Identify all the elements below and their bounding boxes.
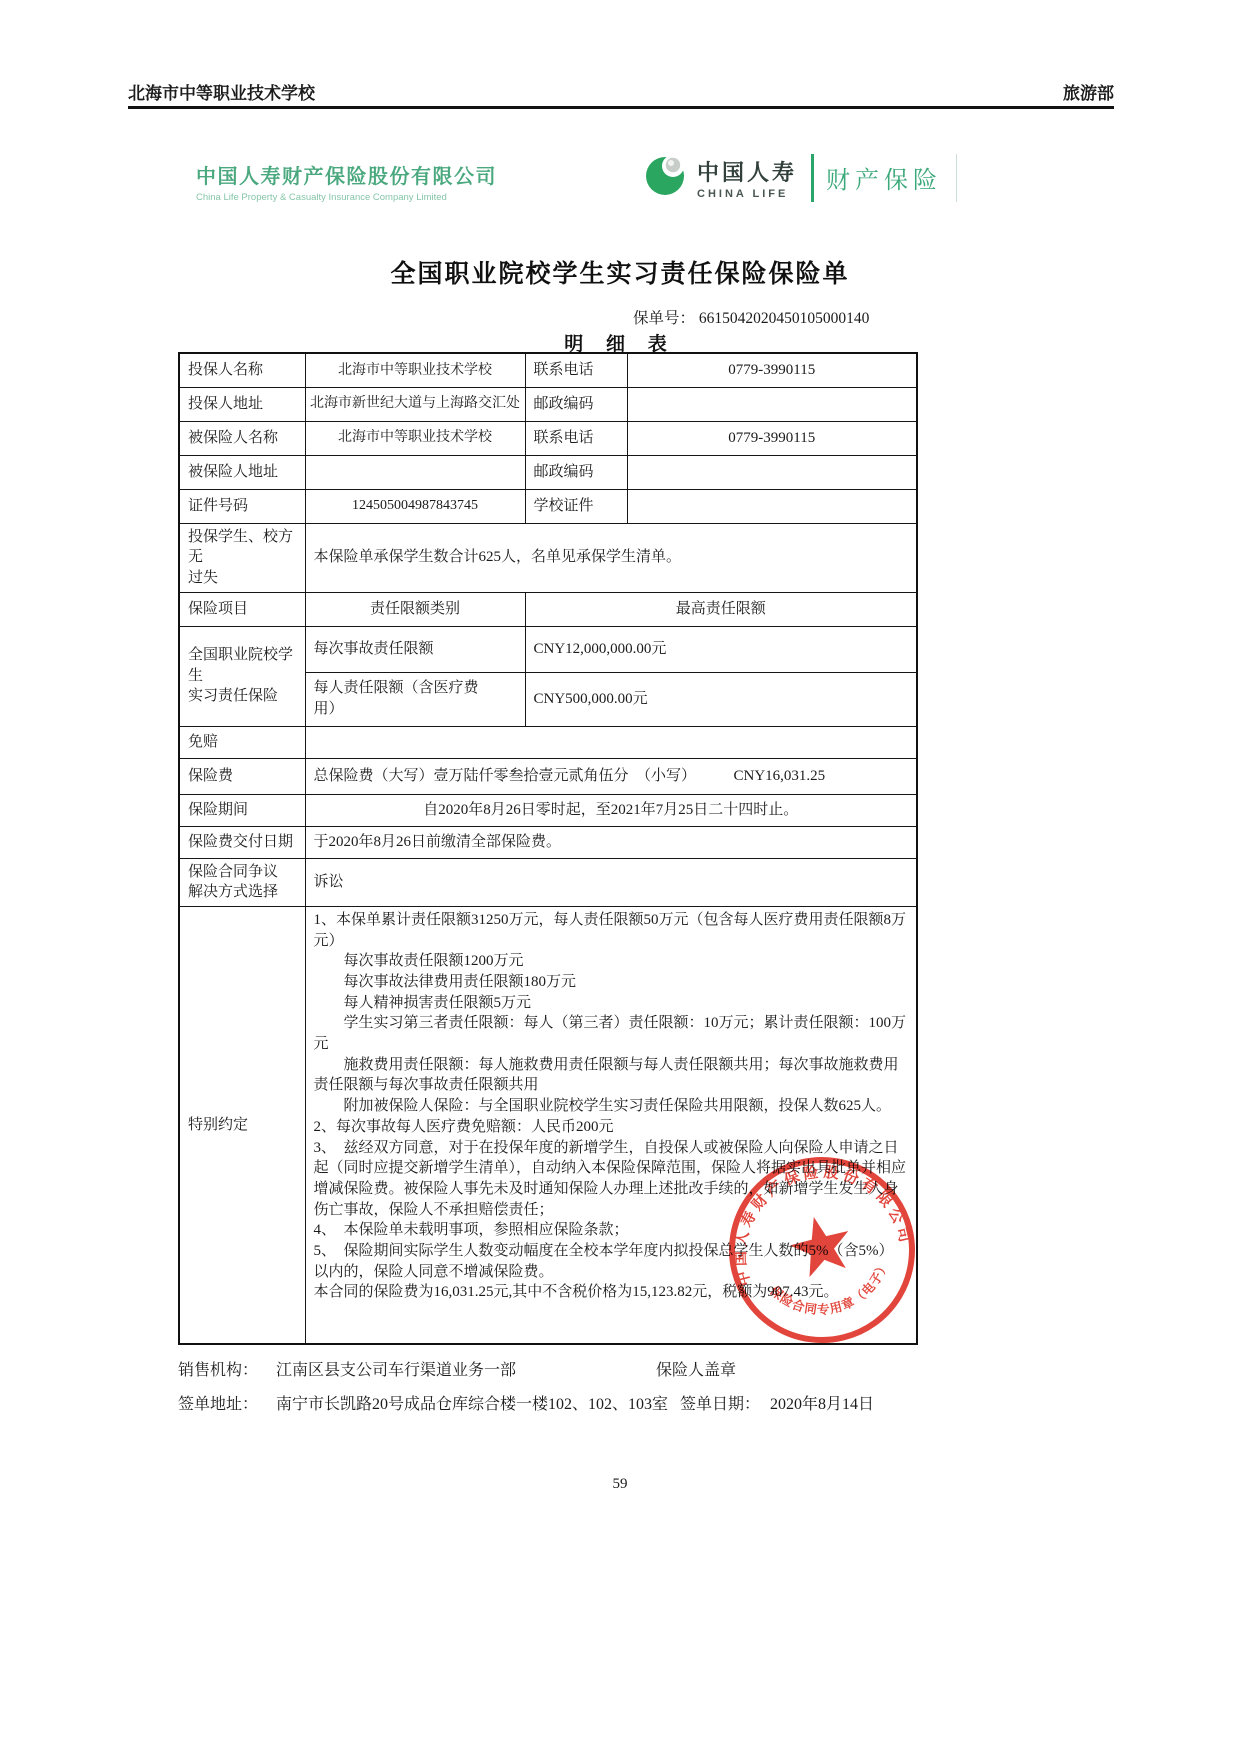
logo-cn: 中国人寿 <box>697 156 797 187</box>
table-row-special: 特别约定 1、本保单累计责任限额31250万元，每人责任限额50万元（包含每人医… <box>179 906 917 1344</box>
sign-address-label: 签单地址： <box>178 1391 258 1414</box>
table-row-project-header: 保险项目 责任限额类别 最高责任限额 <box>179 592 917 626</box>
policy-number-line: 保单号： 6615042020450105000140 <box>633 306 869 328</box>
sign-date-label: 签单日期： <box>680 1396 760 1413</box>
cell-special-text: 1、本保单累计责任限额31250万元，每人责任限额50万元（包含每人医疗费用责任… <box>305 906 917 1344</box>
table-row: 被保险人地址 邮政编码 <box>179 455 917 489</box>
cell-value <box>305 455 525 489</box>
cell-value: 本保险单承保学生数合计625人，名单见承保学生清单。 <box>305 523 917 592</box>
table-row-limit: 全国职业院校学生 实习责任保险 每次事故责任限额 CNY12,000,000.0… <box>179 626 917 672</box>
table-row: 被保险人名称 北海市中等职业技术学校 联系电话 0779-3990115 <box>179 421 917 455</box>
cell-label: 保险费 <box>179 758 305 794</box>
cell-label: 被保险人地址 <box>179 455 305 489</box>
table-row-dispute: 保险合同争议 解决方式选择 诉讼 <box>179 858 917 906</box>
cell-value: 北海市新世纪大道与上海路交汇处 <box>305 387 525 421</box>
cell-value <box>627 489 917 523</box>
sales-agency-label: 销售机构： <box>178 1357 258 1380</box>
sales-agency-value: 江南区县支公司车行渠道业务一部 <box>276 1357 516 1380</box>
cell-label: 特别约定 <box>179 906 305 1344</box>
cell-label: 邮政编码 <box>525 387 627 421</box>
table-row-deductible: 免赔 <box>179 726 917 758</box>
cell-header: 责任限额类别 <box>305 592 525 626</box>
company-name-en: China Life Property & Casualty Insurance… <box>196 192 497 203</box>
china-life-circle-icon <box>642 152 688 203</box>
table-row-period: 保险期间 自2020年8月26日零时起，至2021年7月25日二十四时止。 <box>179 794 917 826</box>
company-wordmark: 中国人寿财产保险股份有限公司 China Life Property & Cas… <box>196 160 497 203</box>
cell-limit-amount: CNY12,000,000.00元 <box>525 626 917 672</box>
logo-text-block: 中国人寿 CHINA LIFE <box>697 156 797 200</box>
cell-label: 联系电话 <box>525 421 627 455</box>
cell-limit-amount: CNY500,000.00元 <box>525 672 917 726</box>
page-number: 59 <box>0 1476 1240 1493</box>
cell-label: 保险项目 <box>179 592 305 626</box>
cell-value: 于2020年8月26日前缴清全部保险费。 <box>305 826 917 858</box>
cell-limit-type: 每人责任限额（含医疗费 用） <box>305 672 525 726</box>
cell-value: 北海市中等职业技术学校 <box>305 353 525 387</box>
cell-value: 124505004987843745 <box>305 489 525 523</box>
table-row: 投保人地址 北海市新世纪大道与上海路交汇处 邮政编码 <box>179 387 917 421</box>
cell-value <box>627 387 917 421</box>
sign-address-line: 签单地址： 南宁市长凯路20号成品仓库综合楼一楼102、102、103室 签单日… <box>178 1391 938 1414</box>
sign-address-value: 南宁市长凯路20号成品仓库综合楼一楼102、102、103室 <box>276 1391 668 1414</box>
logo-divider <box>811 154 814 202</box>
cell-header: 最高责任限额 <box>525 592 917 626</box>
table-row-payment-date: 保险费交付日期 于2020年8月26日前缴清全部保险费。 <box>179 826 917 858</box>
cell-value <box>627 455 917 489</box>
logo-en: CHINA LIFE <box>697 188 797 200</box>
cell-label: 邮政编码 <box>525 455 627 489</box>
cell-label: 学校证件 <box>525 489 627 523</box>
policy-detail-table: 投保人名称 北海市中等职业技术学校 联系电话 0779-3990115 投保人地… <box>178 352 918 1345</box>
cell-label: 投保人地址 <box>179 387 305 421</box>
sales-agency-line: 销售机构： 江南区县支公司车行渠道业务一部 保险人盖章 <box>178 1357 938 1380</box>
header-department: 旅游部 <box>1063 79 1114 104</box>
sign-date-value: 2020年8月14日 <box>770 1396 874 1413</box>
cell-label: 联系电话 <box>525 353 627 387</box>
policy-number-label: 保单号： <box>633 310 695 327</box>
cell-label: 免赔 <box>179 726 305 758</box>
logo-end-divider <box>956 154 957 202</box>
cell-value: 北海市中等职业技术学校 <box>305 421 525 455</box>
cell-project-name: 全国职业院校学生 实习责任保险 <box>179 626 305 726</box>
company-name-cn: 中国人寿财产保险股份有限公司 <box>196 160 497 189</box>
cell-value: 诉讼 <box>305 858 917 906</box>
table-row: 投保人名称 北海市中等职业技术学校 联系电话 0779-3990115 <box>179 353 917 387</box>
cell-limit-type: 每次事故责任限额 <box>305 626 525 672</box>
header-school-name: 北海市中等职业技术学校 <box>128 79 315 104</box>
document-title: 全国职业院校学生实习责任保险保险单 <box>0 254 1240 290</box>
cell-label: 保险合同争议 解决方式选择 <box>179 858 305 906</box>
cell-label: 证件号码 <box>179 489 305 523</box>
cell-label: 保险费交付日期 <box>179 826 305 858</box>
logo-suffix: 财产保险 <box>826 160 942 195</box>
cell-value: 0779-3990115 <box>627 421 917 455</box>
cell-value <box>305 726 917 758</box>
table-row-premium: 保险费 总保险费（大写）壹万陆仟零叁拾壹元贰角伍分 （小写） CNY16,031… <box>179 758 917 794</box>
china-life-logo: 中国人寿 CHINA LIFE 财产保险 <box>642 152 957 203</box>
insurer-seal-label: 保险人盖章 <box>656 1357 736 1380</box>
document-page: 北海市中等职业技术学校 旅游部 中国人寿财产保险股份有限公司 China Lif… <box>0 0 1240 1754</box>
table-row-students: 投保学生、校方无 过失 本保险单承保学生数合计625人，名单见承保学生清单。 <box>179 523 917 592</box>
cell-value: 自2020年8月26日零时起，至2021年7月25日二十四时止。 <box>305 794 917 826</box>
cell-label: 保险期间 <box>179 794 305 826</box>
cell-value: 总保险费（大写）壹万陆仟零叁拾壹元贰角伍分 （小写） CNY16,031.25 <box>305 758 917 794</box>
running-header: 北海市中等职业技术学校 旅游部 <box>128 76 1114 109</box>
cell-value: 0779-3990115 <box>627 353 917 387</box>
policy-number-value: 6615042020450105000140 <box>699 310 870 327</box>
cell-label: 被保险人名称 <box>179 421 305 455</box>
cell-label: 投保学生、校方无 过失 <box>179 523 305 592</box>
cell-label: 投保人名称 <box>179 353 305 387</box>
table-row: 证件号码 124505004987843745 学校证件 <box>179 489 917 523</box>
